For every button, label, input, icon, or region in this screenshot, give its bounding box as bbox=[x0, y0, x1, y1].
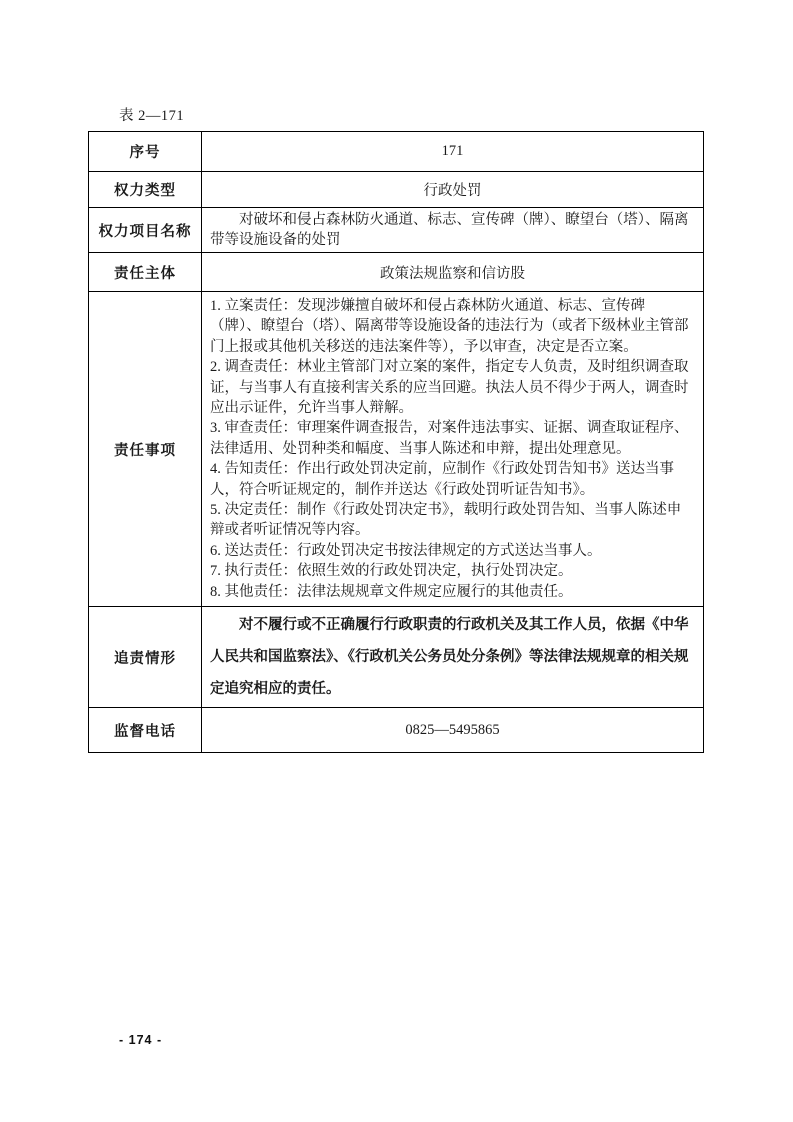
row-supervision-phone: 监督电话 0825—5495865 bbox=[89, 708, 704, 753]
duty-item-5: 5. 决定责任：制作《行政处罚决定书》，载明行政处罚告知、当事人陈述申辩或者听证… bbox=[210, 500, 695, 541]
power-type-value: 行政处罚 bbox=[202, 172, 704, 208]
power-item-name-value: 对破坏和侵占森林防火通道、标志、宣传碑（牌）、瞭望台（塔）、隔离带等设施设备的处… bbox=[202, 208, 704, 253]
duty-item-8: 8. 其他责任：法律法规规章文件规定应履行的其他责任。 bbox=[210, 582, 695, 602]
page-number: - 174 - bbox=[119, 1033, 162, 1047]
responsible-entity-value: 政策法规监察和信访股 bbox=[202, 253, 704, 292]
power-item-table: 序号 171 权力类型 行政处罚 权力项目名称 对破坏和侵占森林防火通道、标志、… bbox=[88, 131, 704, 753]
supervision-phone-value: 0825—5495865 bbox=[202, 708, 704, 753]
duty-item-7: 7. 执行责任：依照生效的行政处罚决定，执行处罚决定。 bbox=[210, 561, 695, 581]
responsibility-items-value: 1. 立案责任：发现涉嫌擅自破坏和侵占森林防火通道、标志、宣传碑（牌）、瞭望台（… bbox=[202, 292, 704, 607]
row-responsibility-items: 责任事项 1. 立案责任：发现涉嫌擅自破坏和侵占森林防火通道、标志、宣传碑（牌）… bbox=[89, 292, 704, 607]
duty-item-6: 6. 送达责任：行政处罚决定书按法律规定的方式送达当事人。 bbox=[210, 541, 695, 561]
duty-item-4: 4. 告知责任：作出行政处罚决定前，应制作《行政处罚告知书》送达当事人，符合听证… bbox=[210, 459, 695, 500]
serial-number-label: 序号 bbox=[89, 132, 202, 172]
supervision-phone-label: 监督电话 bbox=[89, 708, 202, 753]
accountability-label: 追责情形 bbox=[89, 607, 202, 708]
accountability-value: 对不履行或不正确履行行政职责的行政机关及其工作人员，依据《中华人民共和国监察法》… bbox=[202, 607, 704, 708]
row-accountability-situations: 追责情形 对不履行或不正确履行行政职责的行政机关及其工作人员，依据《中华人民共和… bbox=[89, 607, 704, 708]
accountability-text: 对不履行或不正确履行行政职责的行政机关及其工作人员，依据《中华人民共和国监察法》… bbox=[210, 609, 695, 705]
document-page: 表 2—171 序号 171 权力类型 行政处罚 权力项目名称 对破坏和侵占森林… bbox=[0, 0, 793, 1122]
power-item-name-label: 权力项目名称 bbox=[89, 208, 202, 253]
serial-number-value: 171 bbox=[202, 132, 704, 172]
duty-item-1: 1. 立案责任：发现涉嫌擅自破坏和侵占森林防火通道、标志、宣传碑（牌）、瞭望台（… bbox=[210, 296, 695, 357]
row-power-item-name: 权力项目名称 对破坏和侵占森林防火通道、标志、宣传碑（牌）、瞭望台（塔）、隔离带… bbox=[89, 208, 704, 253]
row-power-type: 权力类型 行政处罚 bbox=[89, 172, 704, 208]
row-serial-number: 序号 171 bbox=[89, 132, 704, 172]
table-caption: 表 2—171 bbox=[119, 104, 184, 125]
power-item-name-text: 对破坏和侵占森林防火通道、标志、宣传碑（牌）、瞭望台（塔）、隔离带等设施设备的处… bbox=[210, 210, 695, 250]
responsibility-items-label: 责任事项 bbox=[89, 292, 202, 607]
row-responsible-entity: 责任主体 政策法规监察和信访股 bbox=[89, 253, 704, 292]
power-type-label: 权力类型 bbox=[89, 172, 202, 208]
duty-item-2: 2. 调查责任：林业主管部门对立案的案件，指定专人负责，及时组织调查取证，与当事… bbox=[210, 357, 695, 418]
responsible-entity-label: 责任主体 bbox=[89, 253, 202, 292]
duty-item-3: 3. 审查责任：审理案件调查报告，对案件违法事实、证据、调查取证程序、法律适用、… bbox=[210, 418, 695, 459]
